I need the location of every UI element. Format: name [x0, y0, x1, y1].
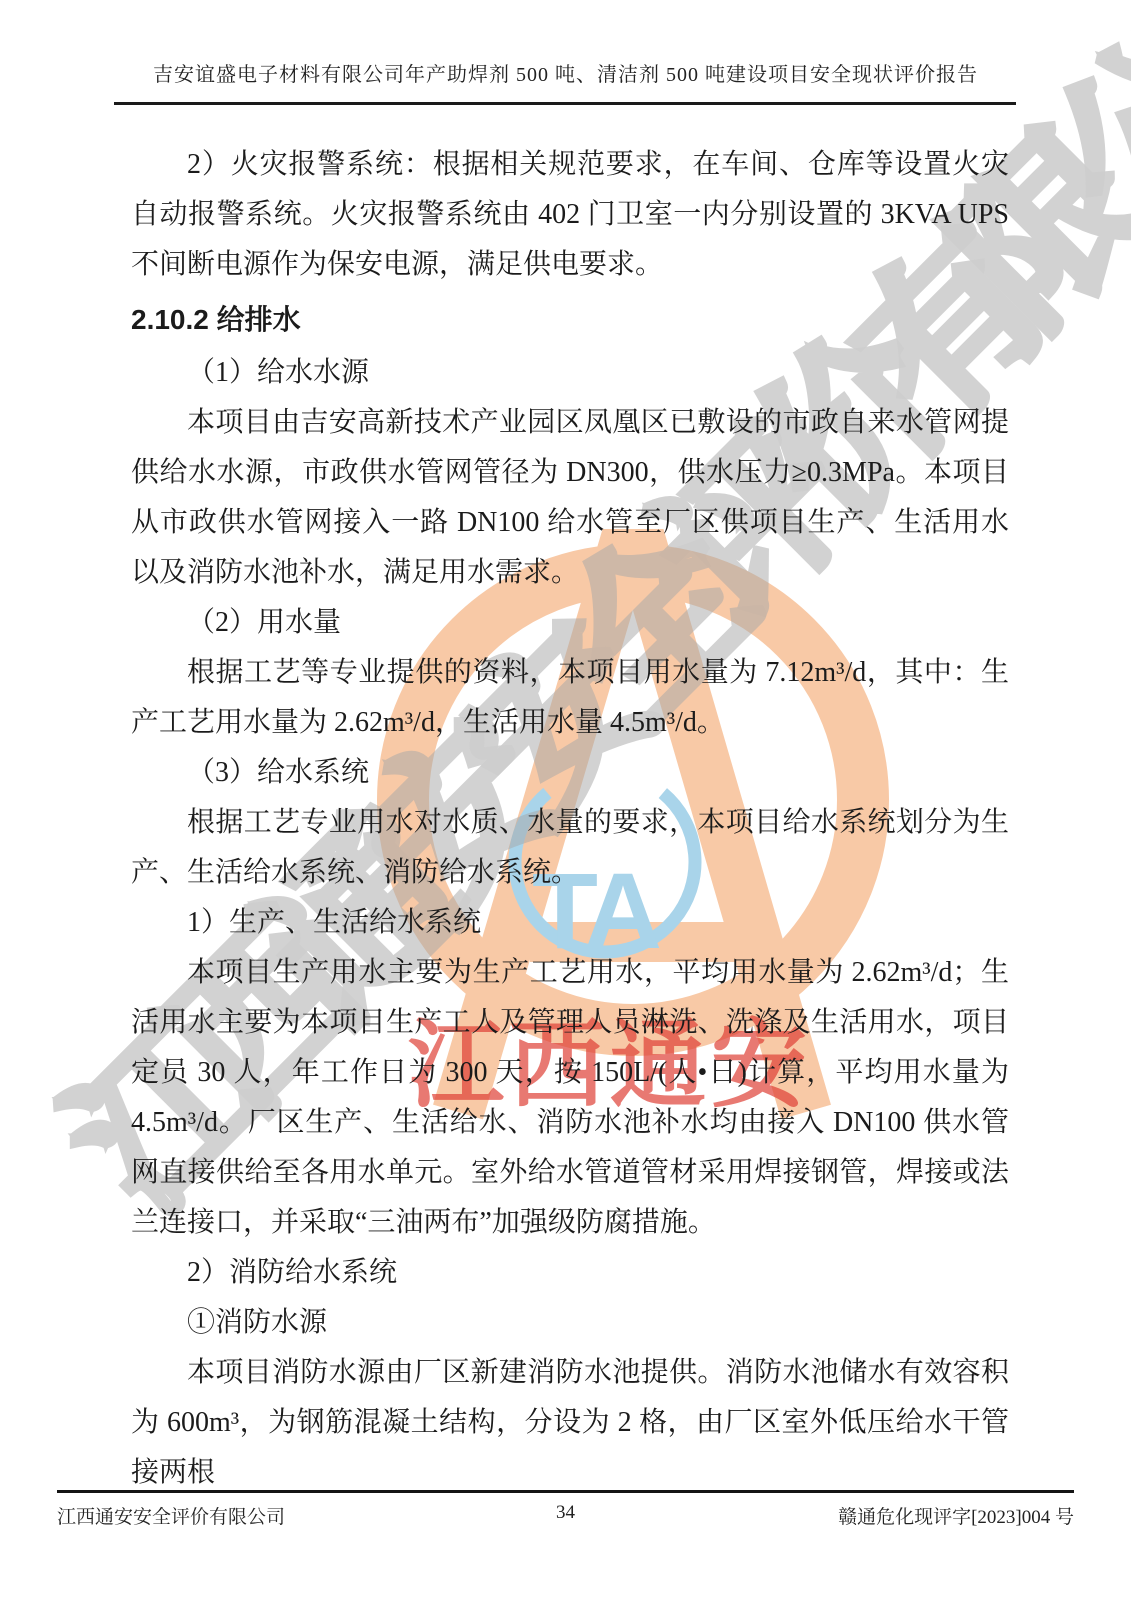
document-page: TA 江西通安安全评价有限公司 江西通安 吉安谊盛电子材料有限公司年产助焊剂 5… — [0, 0, 1131, 1600]
footer-divider — [57, 1490, 1074, 1493]
subheading-water-system: （3）给水系统 — [131, 748, 1009, 798]
footer-doc-number: 赣通危化现评字[2023]004 号 — [575, 1502, 1074, 1529]
header-divider — [114, 102, 1016, 105]
paragraph-fire-alarm: 2）火灾报警系统：根据相关规范要求，在车间、仓库等设置火灾自动报警系统。火灾报警… — [131, 140, 1009, 290]
subheading-water-source: （1）给水水源 — [131, 348, 1009, 398]
subheading-fire-water-src: ①消防水源 — [131, 1298, 1009, 1348]
subheading-prod-life-water: 1）生产、生活给水系统 — [131, 898, 1009, 948]
paragraph-water-system: 根据工艺专业用水对水质、水量的要求，本项目给水系统划分为生产、生活给水系统、消防… — [131, 798, 1009, 898]
subheading-fire-water: 2）消防给水系统 — [131, 1248, 1009, 1298]
section-heading-2-10-2: 2.10.2 给排水 — [131, 295, 1009, 345]
subheading-water-usage: （2）用水量 — [131, 598, 1009, 648]
footer-company: 江西通安安全评价有限公司 — [57, 1502, 556, 1529]
report-header-title: 吉安谊盛电子材料有限公司年产助焊剂 500 吨、清洁剂 500 吨建设项目安全现… — [0, 58, 1131, 87]
paragraph-fire-water-pool: 本项目消防水源由厂区新建消防水池提供。消防水池储水有效容积为 600m³，为钢筋… — [131, 1348, 1009, 1498]
paragraph-water-usage: 根据工艺等专业提供的资料，本项目用水量为 7.12m³/d，其中：生产工艺用水量… — [131, 648, 1009, 748]
footer: 江西通安安全评价有限公司 34 赣通危化现评字[2023]004 号 — [57, 1502, 1074, 1529]
document-body: 2）火灾报警系统：根据相关规范要求，在车间、仓库等设置火灾自动报警系统。火灾报警… — [131, 140, 1009, 1498]
paragraph-water-source: 本项目由吉安高新技术产业园区凤凰区已敷设的市政自来水管网提供给水水源，市政供水管… — [131, 398, 1009, 598]
footer-page-number: 34 — [556, 1502, 575, 1524]
paragraph-prod-life-water: 本项目生产用水主要为生产工艺用水，平均用水量为 2.62m³/d；生活用水主要为… — [131, 948, 1009, 1248]
